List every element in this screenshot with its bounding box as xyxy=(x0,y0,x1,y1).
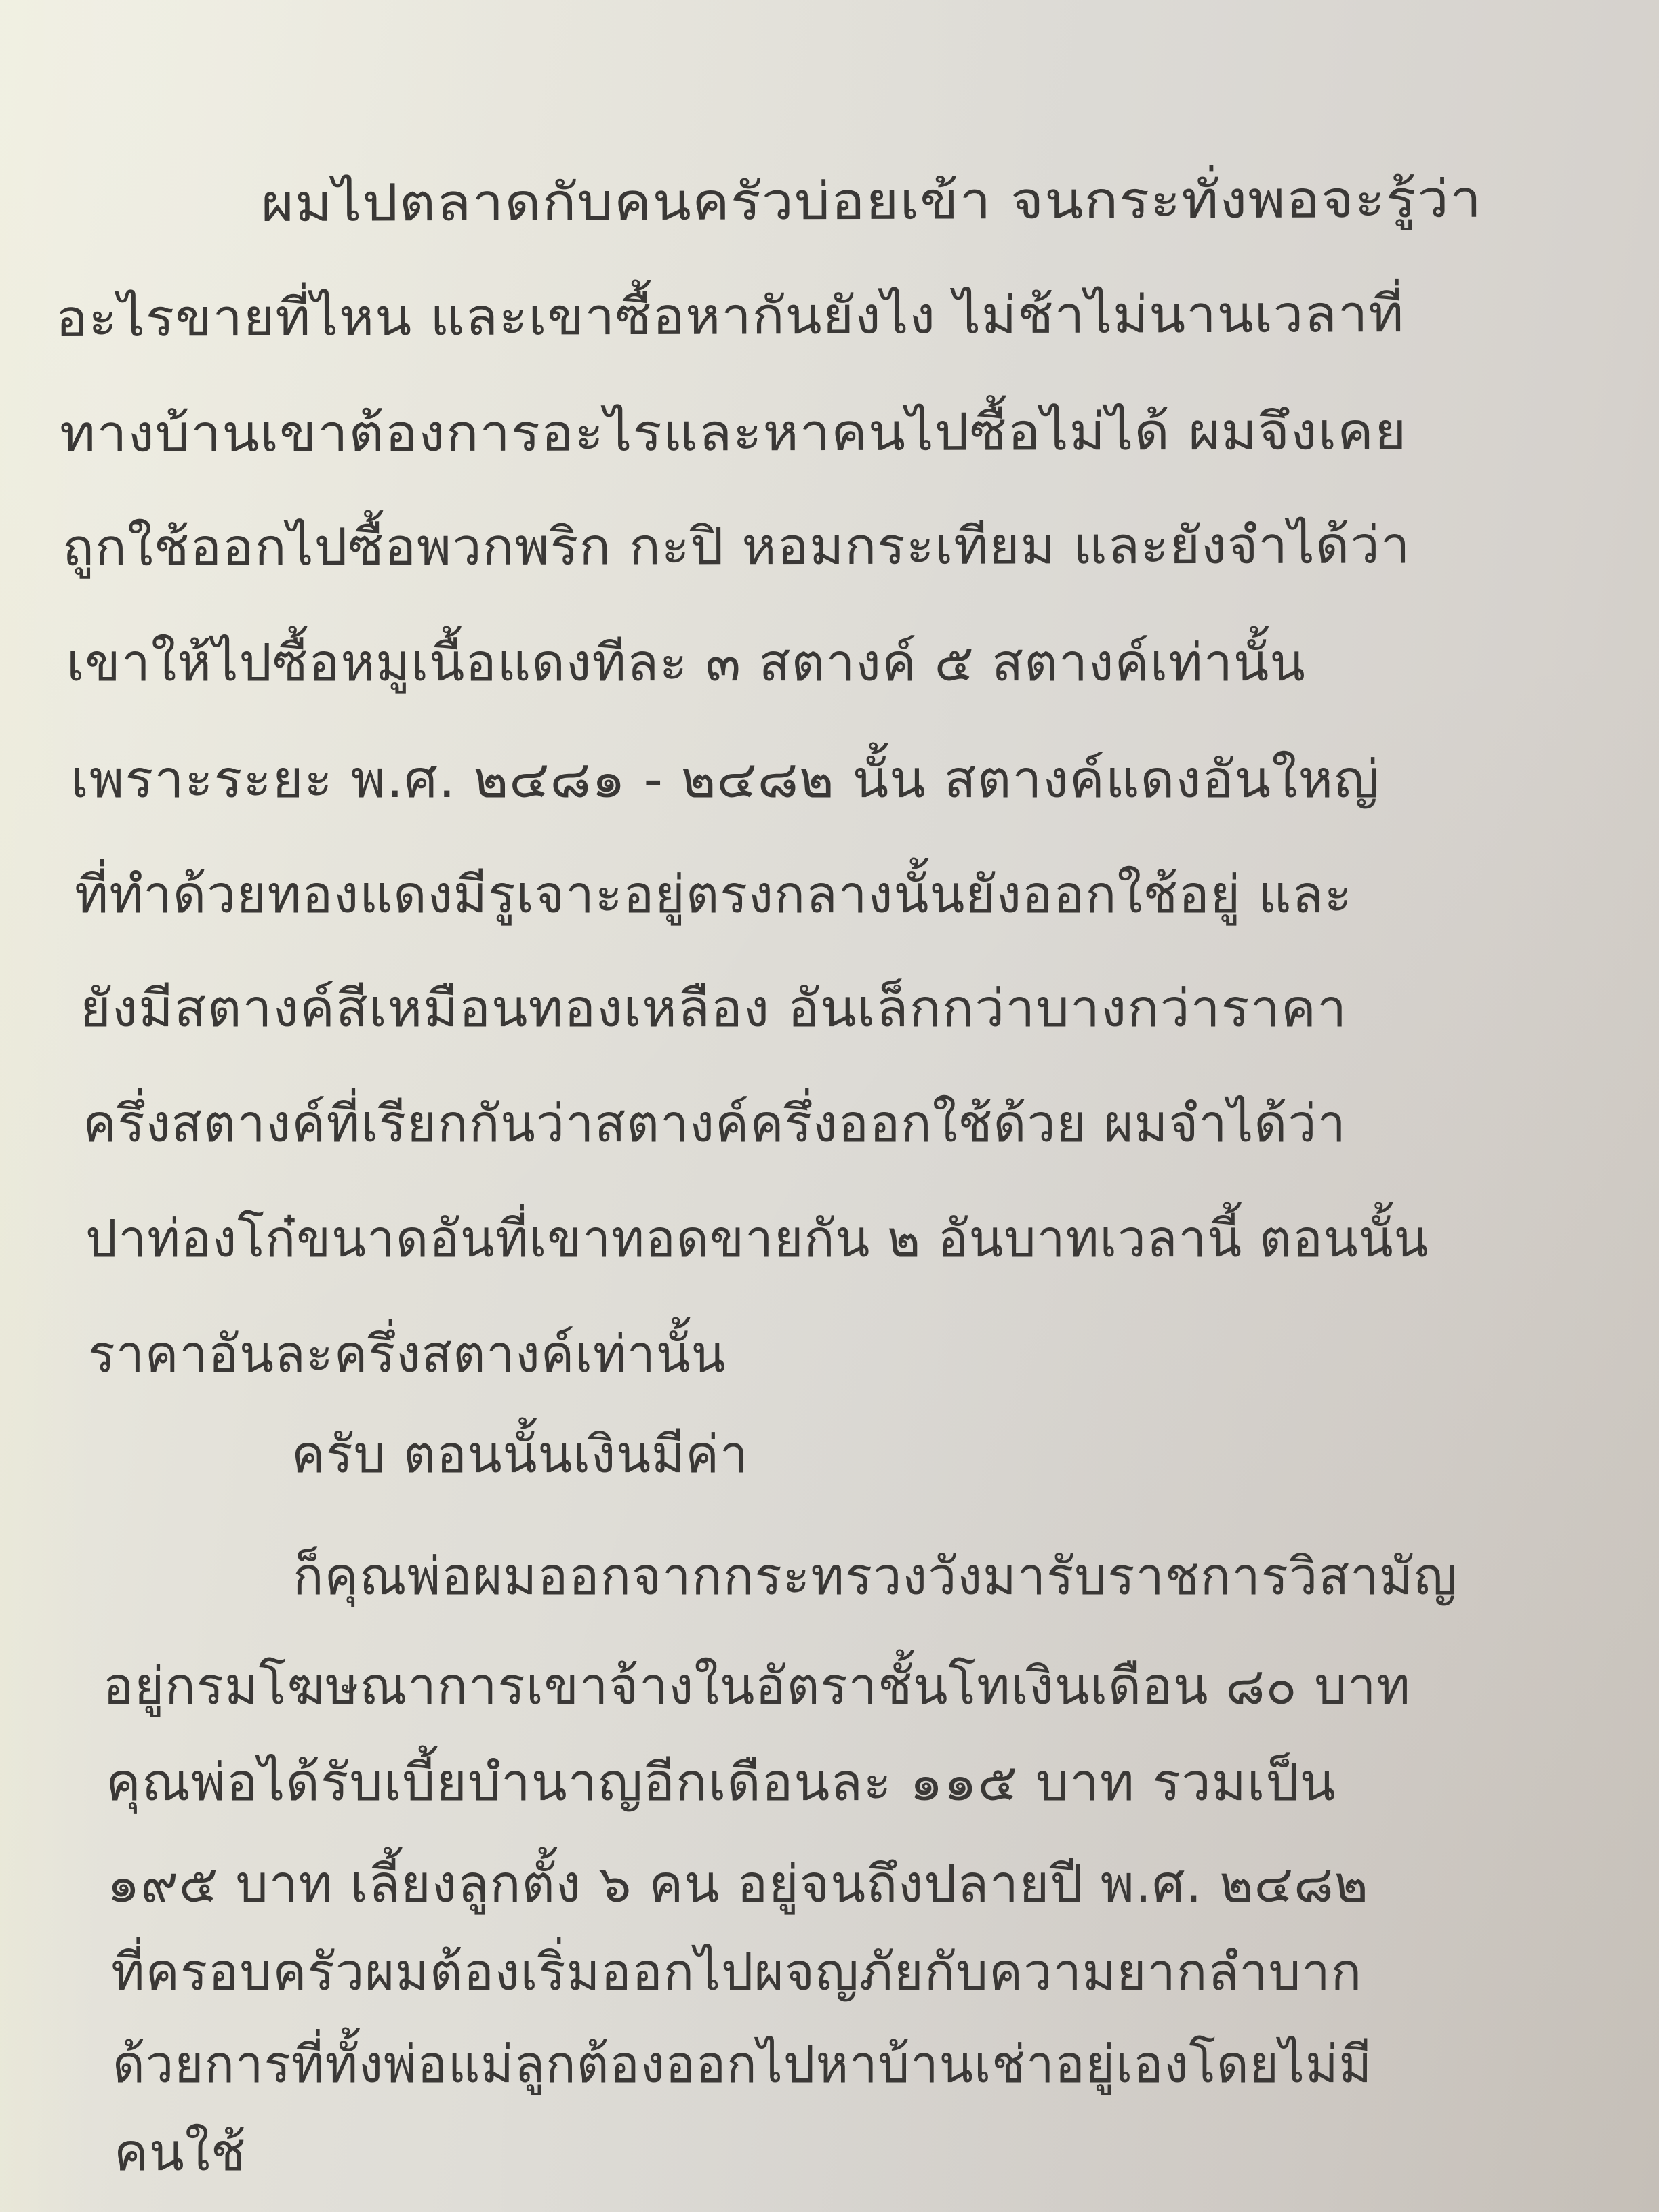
text-line: คนใช้ xyxy=(114,2127,246,2178)
text-line: ครึ่งสตางค์ที่เรียกกันว่าสตางค์ครึ่งออกใ… xyxy=(83,1098,1347,1149)
text-line: ด้วยการที่ทั้งพ่อแม่ลูกต้องออกไปหาบ้านเช… xyxy=(112,2039,1372,2090)
text-line: อะไรขายที่ไหน และเขาซื้อหากันยังไง ไม่ช้… xyxy=(56,288,1405,344)
text-line: ที่ครอบครัวผมต้องเริ่มออกไปผจญภัยกับความ… xyxy=(111,1946,1362,1998)
text-line: เขาให้ไปซื้อหมูเนื้อแดงทีละ ๓ สตางค์ ๕ ส… xyxy=(66,637,1306,689)
text-line: เพราะระยะ พ.ศ. ๒๔๘๑ - ๒๔๘๒ นั้น สตางค์แด… xyxy=(70,754,1380,805)
text-line: ที่ทำด้วยทองแดงมีรูเจาะอยู่ตรงกลางนั้นยั… xyxy=(75,869,1353,920)
text-line: ก็คุณพ่อผมออกจากกระทรวงวังมารับราชการวิส… xyxy=(293,1551,1458,1602)
book-page: ผมไปตลาดกับคนครัวบ่อยเข้า จนกระทั่งพอจะร… xyxy=(0,0,1659,2212)
text-line: ถูกใช้ออกไปซื้อพวกพริก กะปิ หอมกระเทียม … xyxy=(62,520,1410,573)
text-line: ราคาอันละครึ่งสตางค์เท่านั้น xyxy=(88,1328,726,1380)
text-line: ทางบ้านเขาต้องการอะไรและหาคนไปซื้อไม่ได้… xyxy=(60,406,1407,459)
text-line: ผมไปตลาดกับคนครัวบ่อยเข้า จนกระทั่งพอจะร… xyxy=(261,173,1482,229)
text-line: อยู่กรมโฆษณาการเขาจ้างในอัตราชั้นโทเงินเ… xyxy=(103,1660,1411,1712)
text-line: ๑๙๕ บาท เลี้ยงลูกตั้ง ๖ คน อยู่จนถึงปลาย… xyxy=(107,1858,1369,1910)
text-line: ยังมีสตางค์สีเหมือนทองเหลือง อันเล็กกว่า… xyxy=(80,983,1347,1034)
text-line: ครับ ตอนนั้นเงินมีค่า xyxy=(291,1429,749,1480)
text-line: คุณพ่อได้รับเบี้ยบำนาญอีกเดือนละ ๑๑๕ บาท… xyxy=(106,1757,1336,1808)
text-line: ปาท่องโก๋ขนาดอันที่เขาทอดขายกัน ๒ อันบาท… xyxy=(85,1213,1429,1265)
